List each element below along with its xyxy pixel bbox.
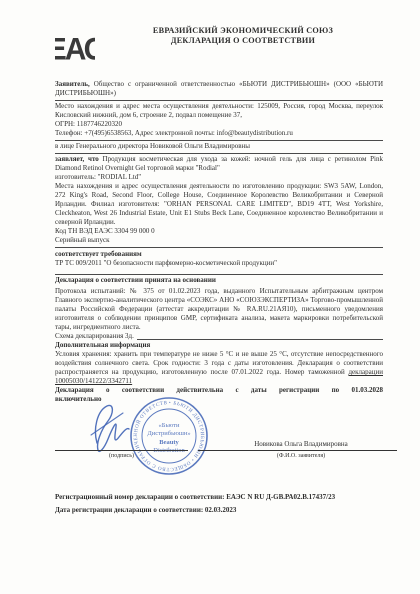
stamp-line-3: Beauty <box>159 439 179 446</box>
declarant-name: Новикова Ольга Владимировна <box>205 440 397 449</box>
release-type: Серийный выпуск <box>55 236 383 245</box>
manufacturer-address: Места нахождения и адрес осуществления д… <box>55 182 383 227</box>
registration-date: Дата регистрации декларации о соответств… <box>55 506 383 515</box>
applicant-representative: в лице Генерального директора Новиковой … <box>55 142 383 151</box>
tnved-code: Код ТН ВЭД ЕАЭС 3304 99 000 0 <box>55 227 383 236</box>
title-line-1: ЕВРАЗИЙСКИЙ ЭКОНОМИЧЕСКИЙ СОЮЗ <box>109 26 377 36</box>
divider <box>55 100 383 101</box>
declaration-document: ЕАС ЕВРАЗИЙСКИЙ ЭКОНОМИЧЕСКИЙ СОЮЗ ДЕКЛА… <box>0 0 420 594</box>
additional-text: Условия хранения: хранить при температур… <box>55 350 383 386</box>
basis-heading: Декларация о соответствии принята на осн… <box>55 276 383 285</box>
product-manufacturer: изготовитель: "RODIAL Ltd" <box>55 173 383 182</box>
title-line-2: ДЕКЛАРАЦИЯ О СООТВЕТСТВИИ <box>109 36 377 46</box>
applicant-paragraph: Заявитель, Общество с ограниченной ответ… <box>55 80 383 98</box>
stamp-line-2: Дистрибьюшн» <box>147 430 190 437</box>
product-description: Продукция косметическая для ухода за кож… <box>55 155 383 172</box>
signature-area: • БЬЮТИ ДИСТРИБЬЮШН • ОБЩЕСТВО С ОГРАНИЧ… <box>55 407 383 469</box>
company-stamp: • БЬЮТИ ДИСТРИБЬЮШН • ОБЩЕСТВО С ОГРАНИЧ… <box>127 394 211 478</box>
applicant-name: Общество с ограниченной ответственностью… <box>55 80 383 97</box>
declarant-name-label: (Ф.И.О. заявителя) <box>205 452 397 461</box>
registration-block: Регистрационный номер декларации о соотв… <box>55 493 383 515</box>
applicant-ogrn: ОГРН: 1187746220320 <box>55 120 383 129</box>
declares-label: заявляет, что <box>55 155 99 163</box>
document-content: ЕАС ЕВРАЗИЙСКИЙ ЭКОНОМИЧЕСКИЙ СОЮЗ ДЕКЛА… <box>55 20 383 515</box>
basis-text: Протокола испытаний: № 375 от 01.02.2023… <box>55 287 383 332</box>
declaration-scheme: Схема декларирования 3д. <box>55 332 134 341</box>
basis-heading-text: Декларация о соответствии принята на осн… <box>55 276 216 284</box>
additional-heading-text: Дополнительная информация <box>55 341 150 349</box>
divider <box>55 247 383 248</box>
divider <box>55 140 383 141</box>
declarant-name-line <box>198 450 397 451</box>
compliance-heading-text: соответствует требованиям <box>55 250 142 258</box>
compliance-regulation: ТР ТС 009/2011 "О безопасности парфюмерн… <box>55 259 383 268</box>
eac-logo: ЕАС <box>55 20 97 67</box>
compliance-heading: соответствует требованиям <box>55 250 383 259</box>
divider <box>55 274 383 275</box>
eac-logo-icon: ЕАС <box>55 24 95 64</box>
declaration-scheme-row: Схема декларирования 3д. <box>55 332 383 341</box>
applicant-address: Место нахождения и адрес места осуществл… <box>55 102 383 120</box>
applicant-label: Заявитель, <box>55 80 90 88</box>
document-header: ЕАС ЕВРАЗИЙСКИЙ ЭКОНОМИЧЕСКИЙ СОЮЗ ДЕКЛА… <box>55 20 383 67</box>
applicant-contacts: Телефон: +7(495)6538563, Адрес электронн… <box>55 129 383 138</box>
additional-heading: Дополнительная информация <box>55 341 383 350</box>
document-title: ЕВРАЗИЙСКИЙ ЭКОНОМИЧЕСКИЙ СОЮЗ ДЕКЛАРАЦИ… <box>109 20 383 46</box>
divider <box>55 153 383 154</box>
storage-conditions: Условия хранения: хранить при температур… <box>55 350 383 376</box>
signature-label: (подпись) <box>55 452 188 461</box>
signature-line <box>55 450 188 451</box>
stamp-line-1: «Бьюти <box>158 422 180 429</box>
scheme-rule-filler <box>137 339 383 340</box>
eac-logo-text: ЕАС <box>55 31 95 64</box>
product-paragraph: заявляет, что Продукция косметическая дл… <box>55 155 383 173</box>
validity-line-1: Декларация о соответствии действительна … <box>55 386 383 395</box>
registration-number: Регистрационный номер декларации о соотв… <box>55 493 383 502</box>
